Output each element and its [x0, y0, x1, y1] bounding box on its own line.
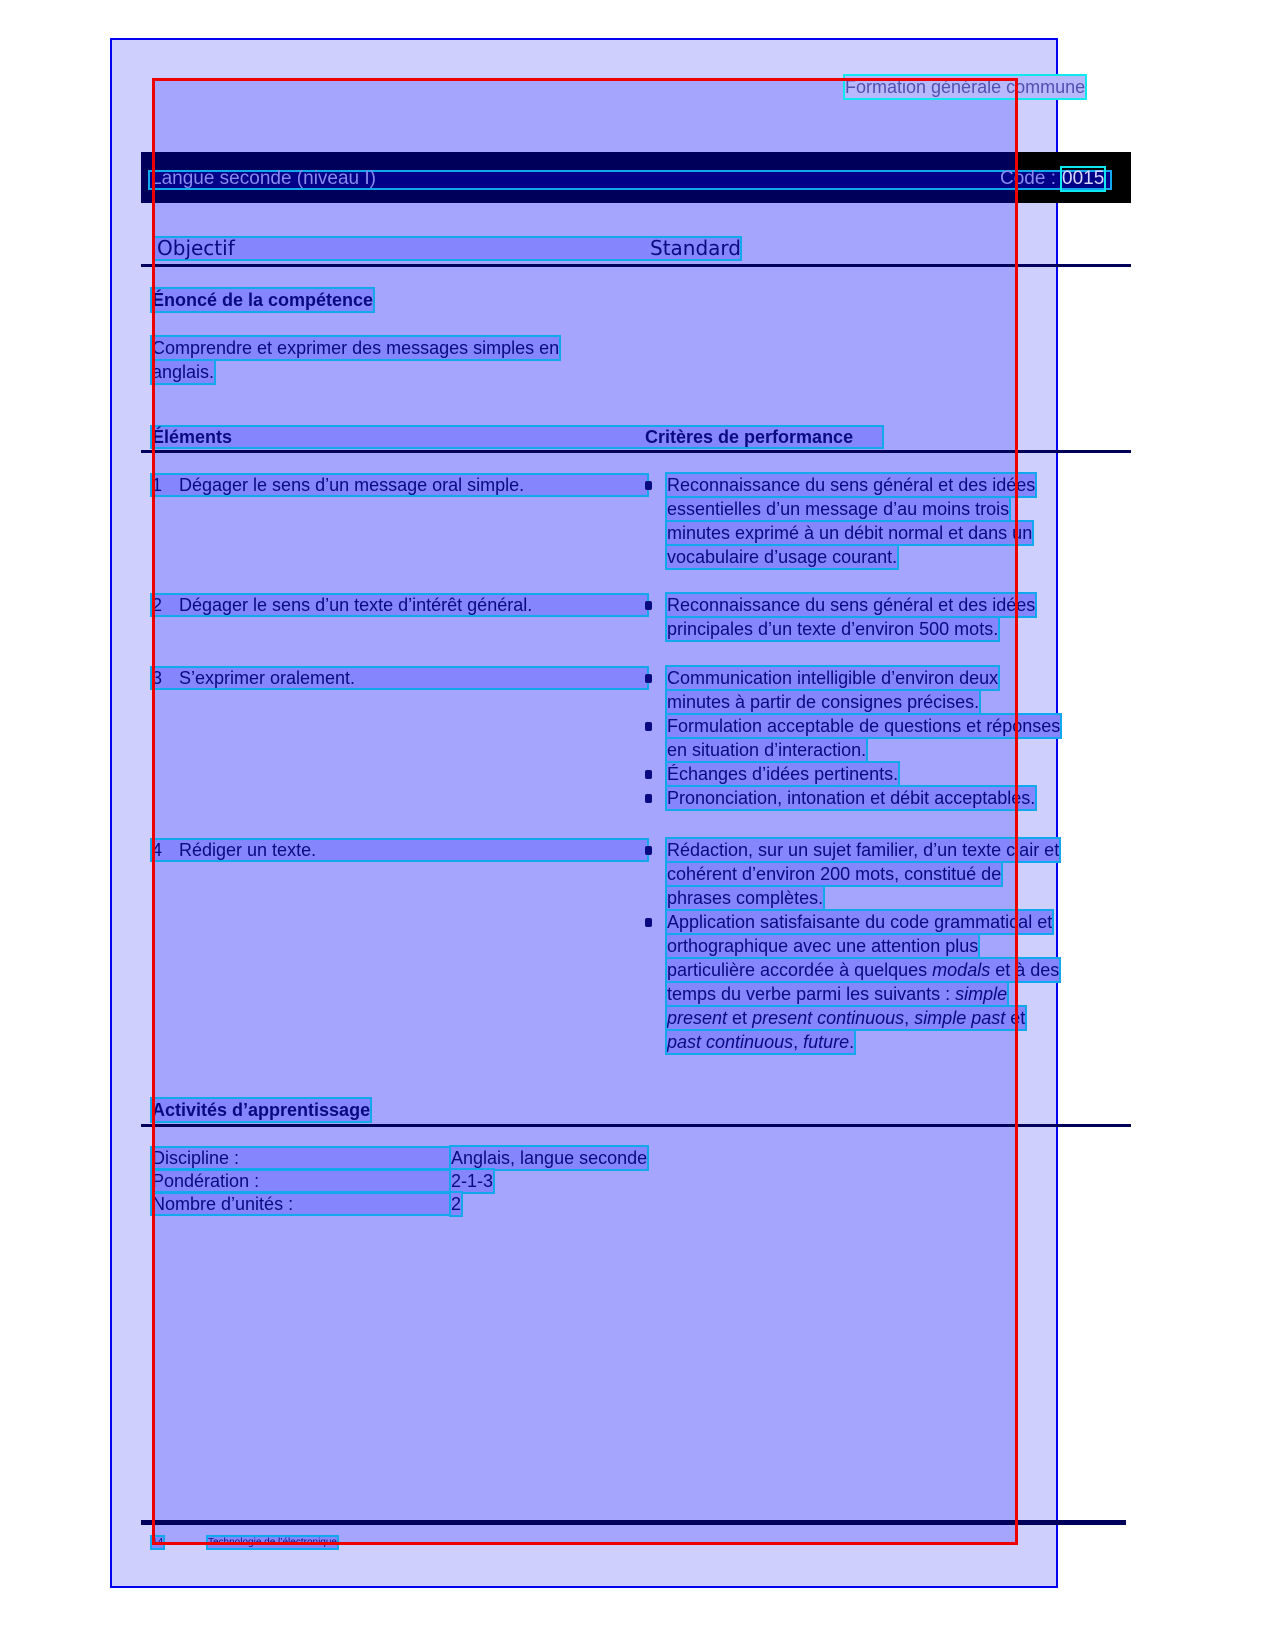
bullet-icon: [645, 918, 652, 927]
element-number: 1: [152, 474, 162, 496]
divider: [141, 450, 1131, 453]
criterion-text-line: essentielles d’un message d’au moins tro…: [667, 498, 1009, 520]
bullet-icon: [645, 722, 652, 731]
criterion-text-line: en situation d’interaction.: [667, 739, 866, 761]
criterion-text-line: minutes à partir de consignes précises.: [667, 691, 979, 713]
element-label: Rédiger un texte.: [179, 839, 316, 861]
criterion-text-line: Communication intelligible d’environ deu…: [667, 667, 998, 689]
element-number: 3: [152, 667, 162, 689]
footer-page-number: 14: [152, 1537, 163, 1548]
criterion-text-line: phrases complètes.: [667, 887, 823, 909]
criterion-text-line: particulière accordée à quelques modals …: [667, 959, 1059, 981]
course-code-label: Code :: [1000, 168, 1056, 190]
criterion-text-line: Reconnaissance du sens général et des id…: [667, 474, 1035, 496]
objective-heading: Objectif: [157, 237, 235, 259]
activities-heading: Activités d’apprentissage: [152, 1099, 370, 1121]
activity-label: Nombre d’unités :: [152, 1193, 293, 1215]
activity-value: 2: [451, 1193, 461, 1215]
criterion-text-line: present et present continuous, simple pa…: [667, 1007, 1025, 1029]
footer-rule: [141, 1520, 1126, 1525]
activity-value: 2-1-3: [451, 1170, 493, 1192]
criterion-text-line: past continuous, future.: [667, 1031, 854, 1053]
activity-label: Discipline :: [152, 1147, 239, 1169]
criteria-heading: Critères de performance: [645, 426, 853, 448]
bullet-icon: [645, 481, 652, 490]
competence-text-line1: Comprendre et exprimer des messages simp…: [152, 337, 559, 359]
bullet-icon: [645, 601, 652, 610]
criterion-text-line: minutes exprimé à un débit normal et dan…: [667, 522, 1032, 544]
divider: [141, 1124, 1131, 1127]
course-code-value: 0015: [1062, 168, 1104, 190]
competence-heading: Énoncé de la compétence: [152, 289, 373, 311]
criterion-text-line: Échanges d’idées pertinents.: [667, 763, 898, 785]
element-number: 2: [152, 594, 162, 616]
elements-heading: Éléments: [152, 426, 232, 448]
bullet-icon: [645, 846, 652, 855]
bullet-icon: [645, 674, 652, 683]
criterion-text-line: vocabulaire d’usage courant.: [667, 546, 897, 568]
criterion-text-line: principales d’un texte d’environ 500 mot…: [667, 618, 998, 640]
bullet-icon: [645, 770, 652, 779]
criterion-text-line: temps du verbe parmi les suivants : simp…: [667, 983, 1007, 1005]
criterion-text-line: Rédaction, sur un sujet familier, d’un t…: [667, 839, 1059, 861]
element-label: Dégager le sens d’un texte d’intérêt gén…: [179, 594, 532, 616]
course-title: Langue seconde (niveau I): [151, 168, 376, 190]
criterion-text-line: cohérent d’environ 200 mots, constitué d…: [667, 863, 1001, 885]
criterion-text-line: Prononciation, intonation et débit accep…: [667, 787, 1035, 809]
activity-value: Anglais, langue seconde: [451, 1147, 647, 1169]
element-label: S’exprimer oralement.: [179, 667, 355, 689]
bullet-icon: [645, 794, 652, 803]
program-label: Formation générale commune: [845, 76, 1085, 98]
standard-heading: Standard: [650, 237, 741, 259]
criterion-text-line: orthographique avec une attention plus: [667, 935, 978, 957]
footer-program-name: Technologie de l’électronique: [208, 1537, 337, 1548]
activity-label: Pondération :: [152, 1170, 259, 1192]
criterion-text-line: Reconnaissance du sens général et des id…: [667, 594, 1035, 616]
divider: [141, 264, 1131, 267]
element-number: 4: [152, 839, 162, 861]
criterion-text-line: Formulation acceptable de questions et r…: [667, 715, 1060, 737]
competence-text-line2: anglais.: [152, 361, 214, 383]
criterion-text-line: Application satisfaisante du code gramma…: [667, 911, 1052, 933]
element-label: Dégager le sens d’un message oral simple…: [179, 474, 524, 496]
